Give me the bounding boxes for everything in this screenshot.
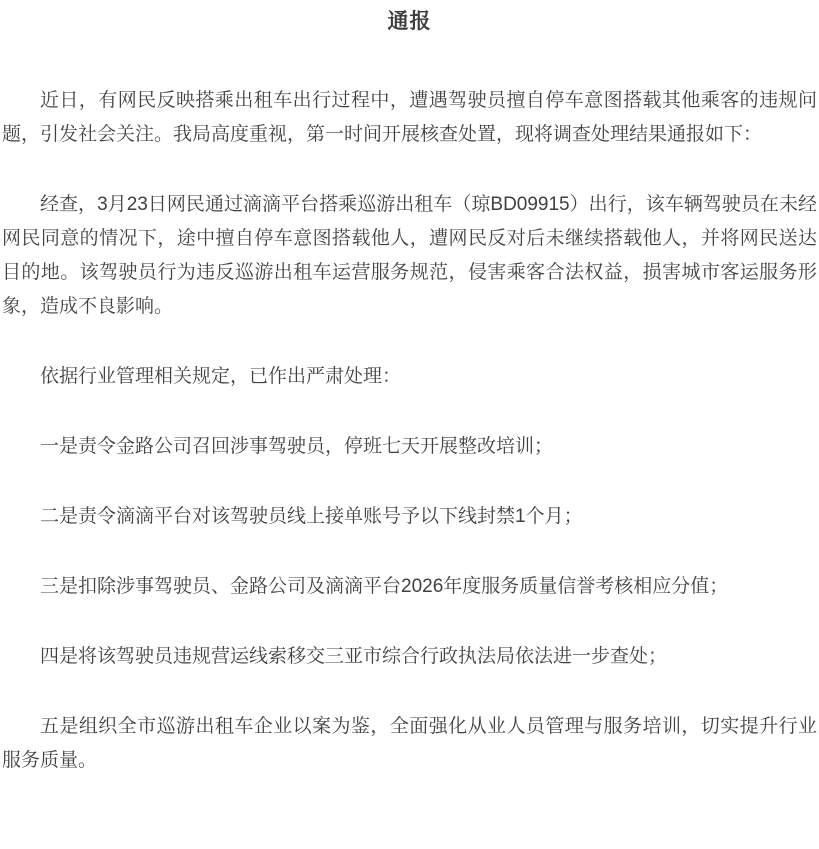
notice-paragraph-measure-1: 一是责令金路公司召回涉事驾驶员，停班七天开展整改培训； (2, 430, 817, 464)
notice-paragraph-basis: 依据行业管理相关规定，已作出严肃处理： (2, 360, 817, 394)
notice-paragraph-measure-3: 三是扣除涉事驾驶员、金路公司及滴滴平台2026年度服务质量信誉考核相应分值； (2, 570, 817, 604)
notice-document: 通报 近日，有网民反映搭乘出租车出行过程中，遭遇驾驶员擅自停车意图搭载其他乘客的… (0, 8, 819, 778)
notice-paragraph-measure-5: 五是组织全市巡游出租车企业以案为鉴，全面强化从业人员管理与服务培训，切实提升行业… (2, 710, 817, 778)
notice-paragraph-findings: 经查，3月23日网民通过滴滴平台搭乘巡游出租车（琼BD09915）出行，该车辆驾… (2, 188, 817, 324)
notice-paragraph-measure-4: 四是将该驾驶员违规营运线索移交三亚市综合行政执法局依法进一步查处； (2, 640, 817, 674)
notice-paragraph-intro: 近日，有网民反映搭乘出租车出行过程中，遭遇驾驶员擅自停车意图搭载其他乘客的违规问… (2, 84, 817, 152)
notice-title: 通报 (2, 8, 817, 36)
notice-paragraph-measure-2: 二是责令滴滴平台对该驾驶员线上接单账号予以下线封禁1个月； (2, 500, 817, 534)
